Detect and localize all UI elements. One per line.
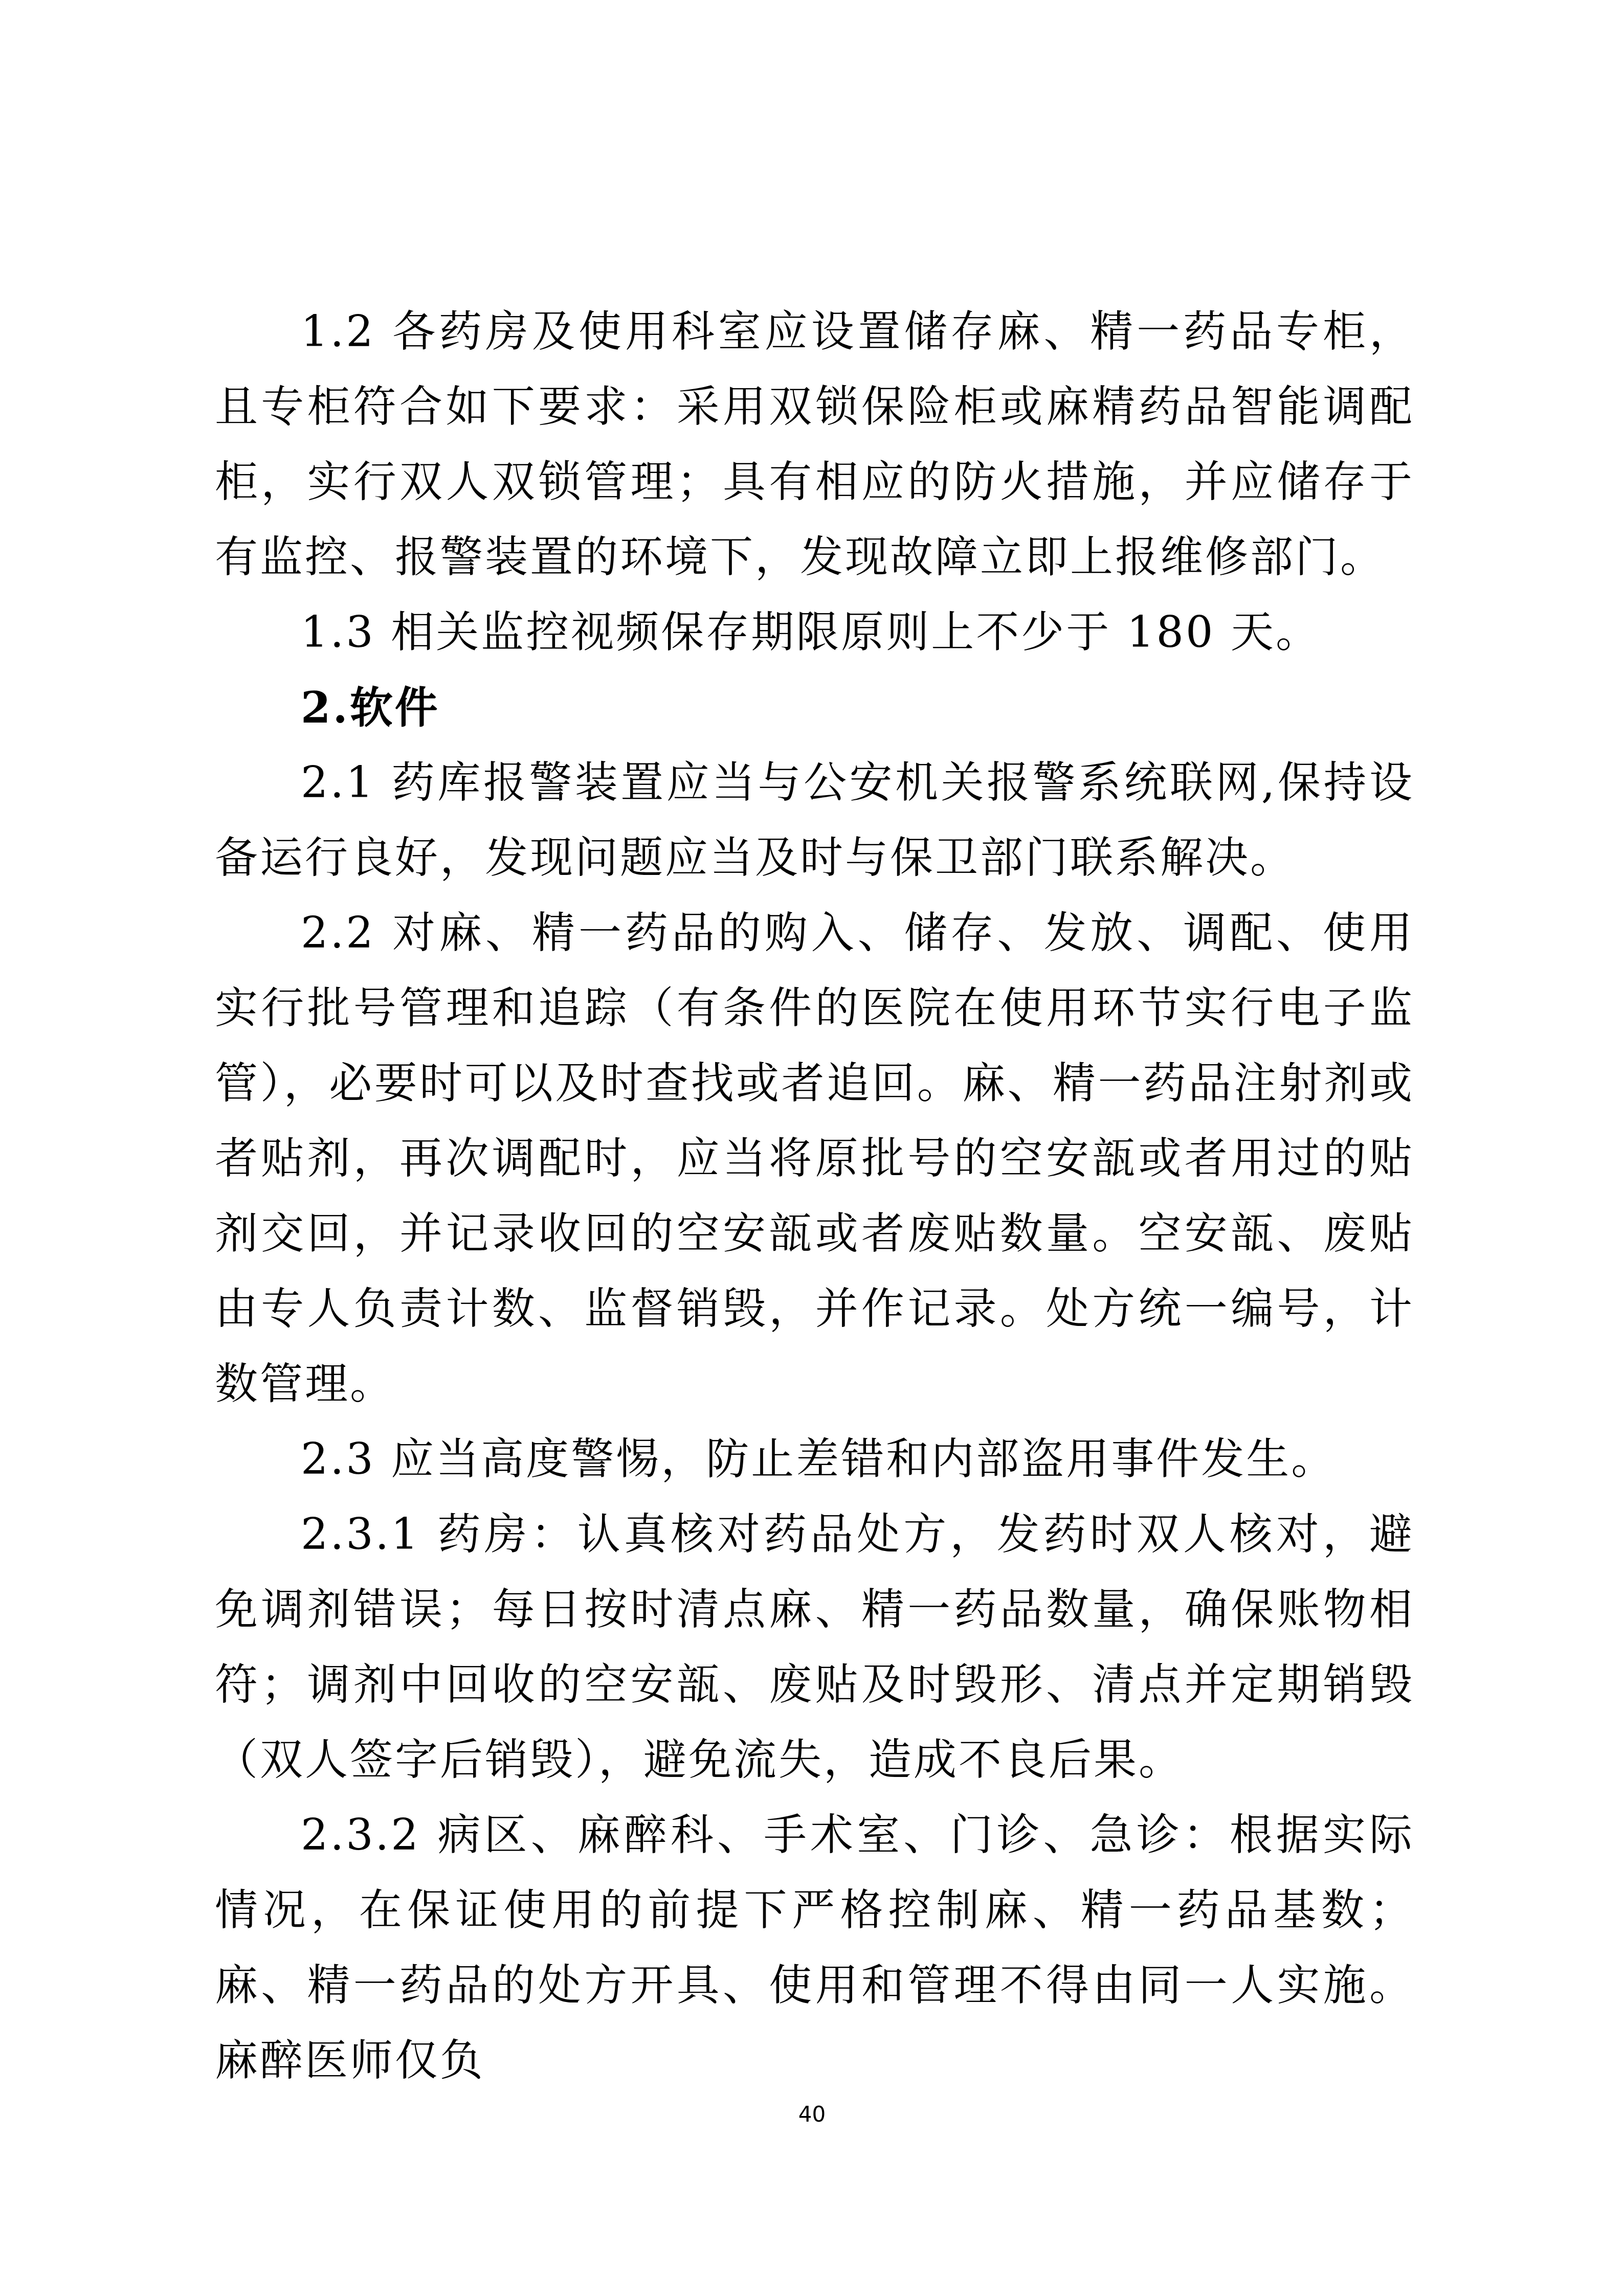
document-page: 1.2 各药房及使用科室应设置储存麻、精一药品专柜，且专柜符合如下要求：采用双锁…	[0, 0, 1624, 2296]
page-number: 40	[0, 2102, 1624, 2127]
document-body: 1.2 各药房及使用科室应设置储存麻、精一药品专柜，且专柜符合如下要求：采用双锁…	[215, 294, 1414, 2098]
paragraph-2-1: 2.1 药库报警装置应当与公安机关报警系统联网,保持设备运行良好，发现问题应当及…	[215, 745, 1414, 895]
paragraph-1-2: 1.2 各药房及使用科室应设置储存麻、精一药品专柜，且专柜符合如下要求：采用双锁…	[215, 294, 1414, 595]
paragraph-2-3-2: 2.3.2 病区、麻醉科、手术室、门诊、急诊：根据实际情况，在保证使用的前提下严…	[215, 1797, 1414, 2098]
paragraph-2-2: 2.2 对麻、精一药品的购入、储存、发放、调配、使用实行批号管理和追踪（有条件的…	[215, 895, 1414, 1422]
paragraph-1-3: 1.3 相关监控视频保存期限原则上不少于 180 天。	[215, 595, 1414, 670]
section-heading-software: 2.软件	[215, 670, 1414, 745]
paragraph-2-3: 2.3 应当高度警惕，防止差错和内部盗用事件发生。	[215, 1422, 1414, 1497]
paragraph-2-3-1: 2.3.1 药房：认真核对药品处方，发药时双人核对，避免调剂错误；每日按时清点麻…	[215, 1497, 1414, 1797]
